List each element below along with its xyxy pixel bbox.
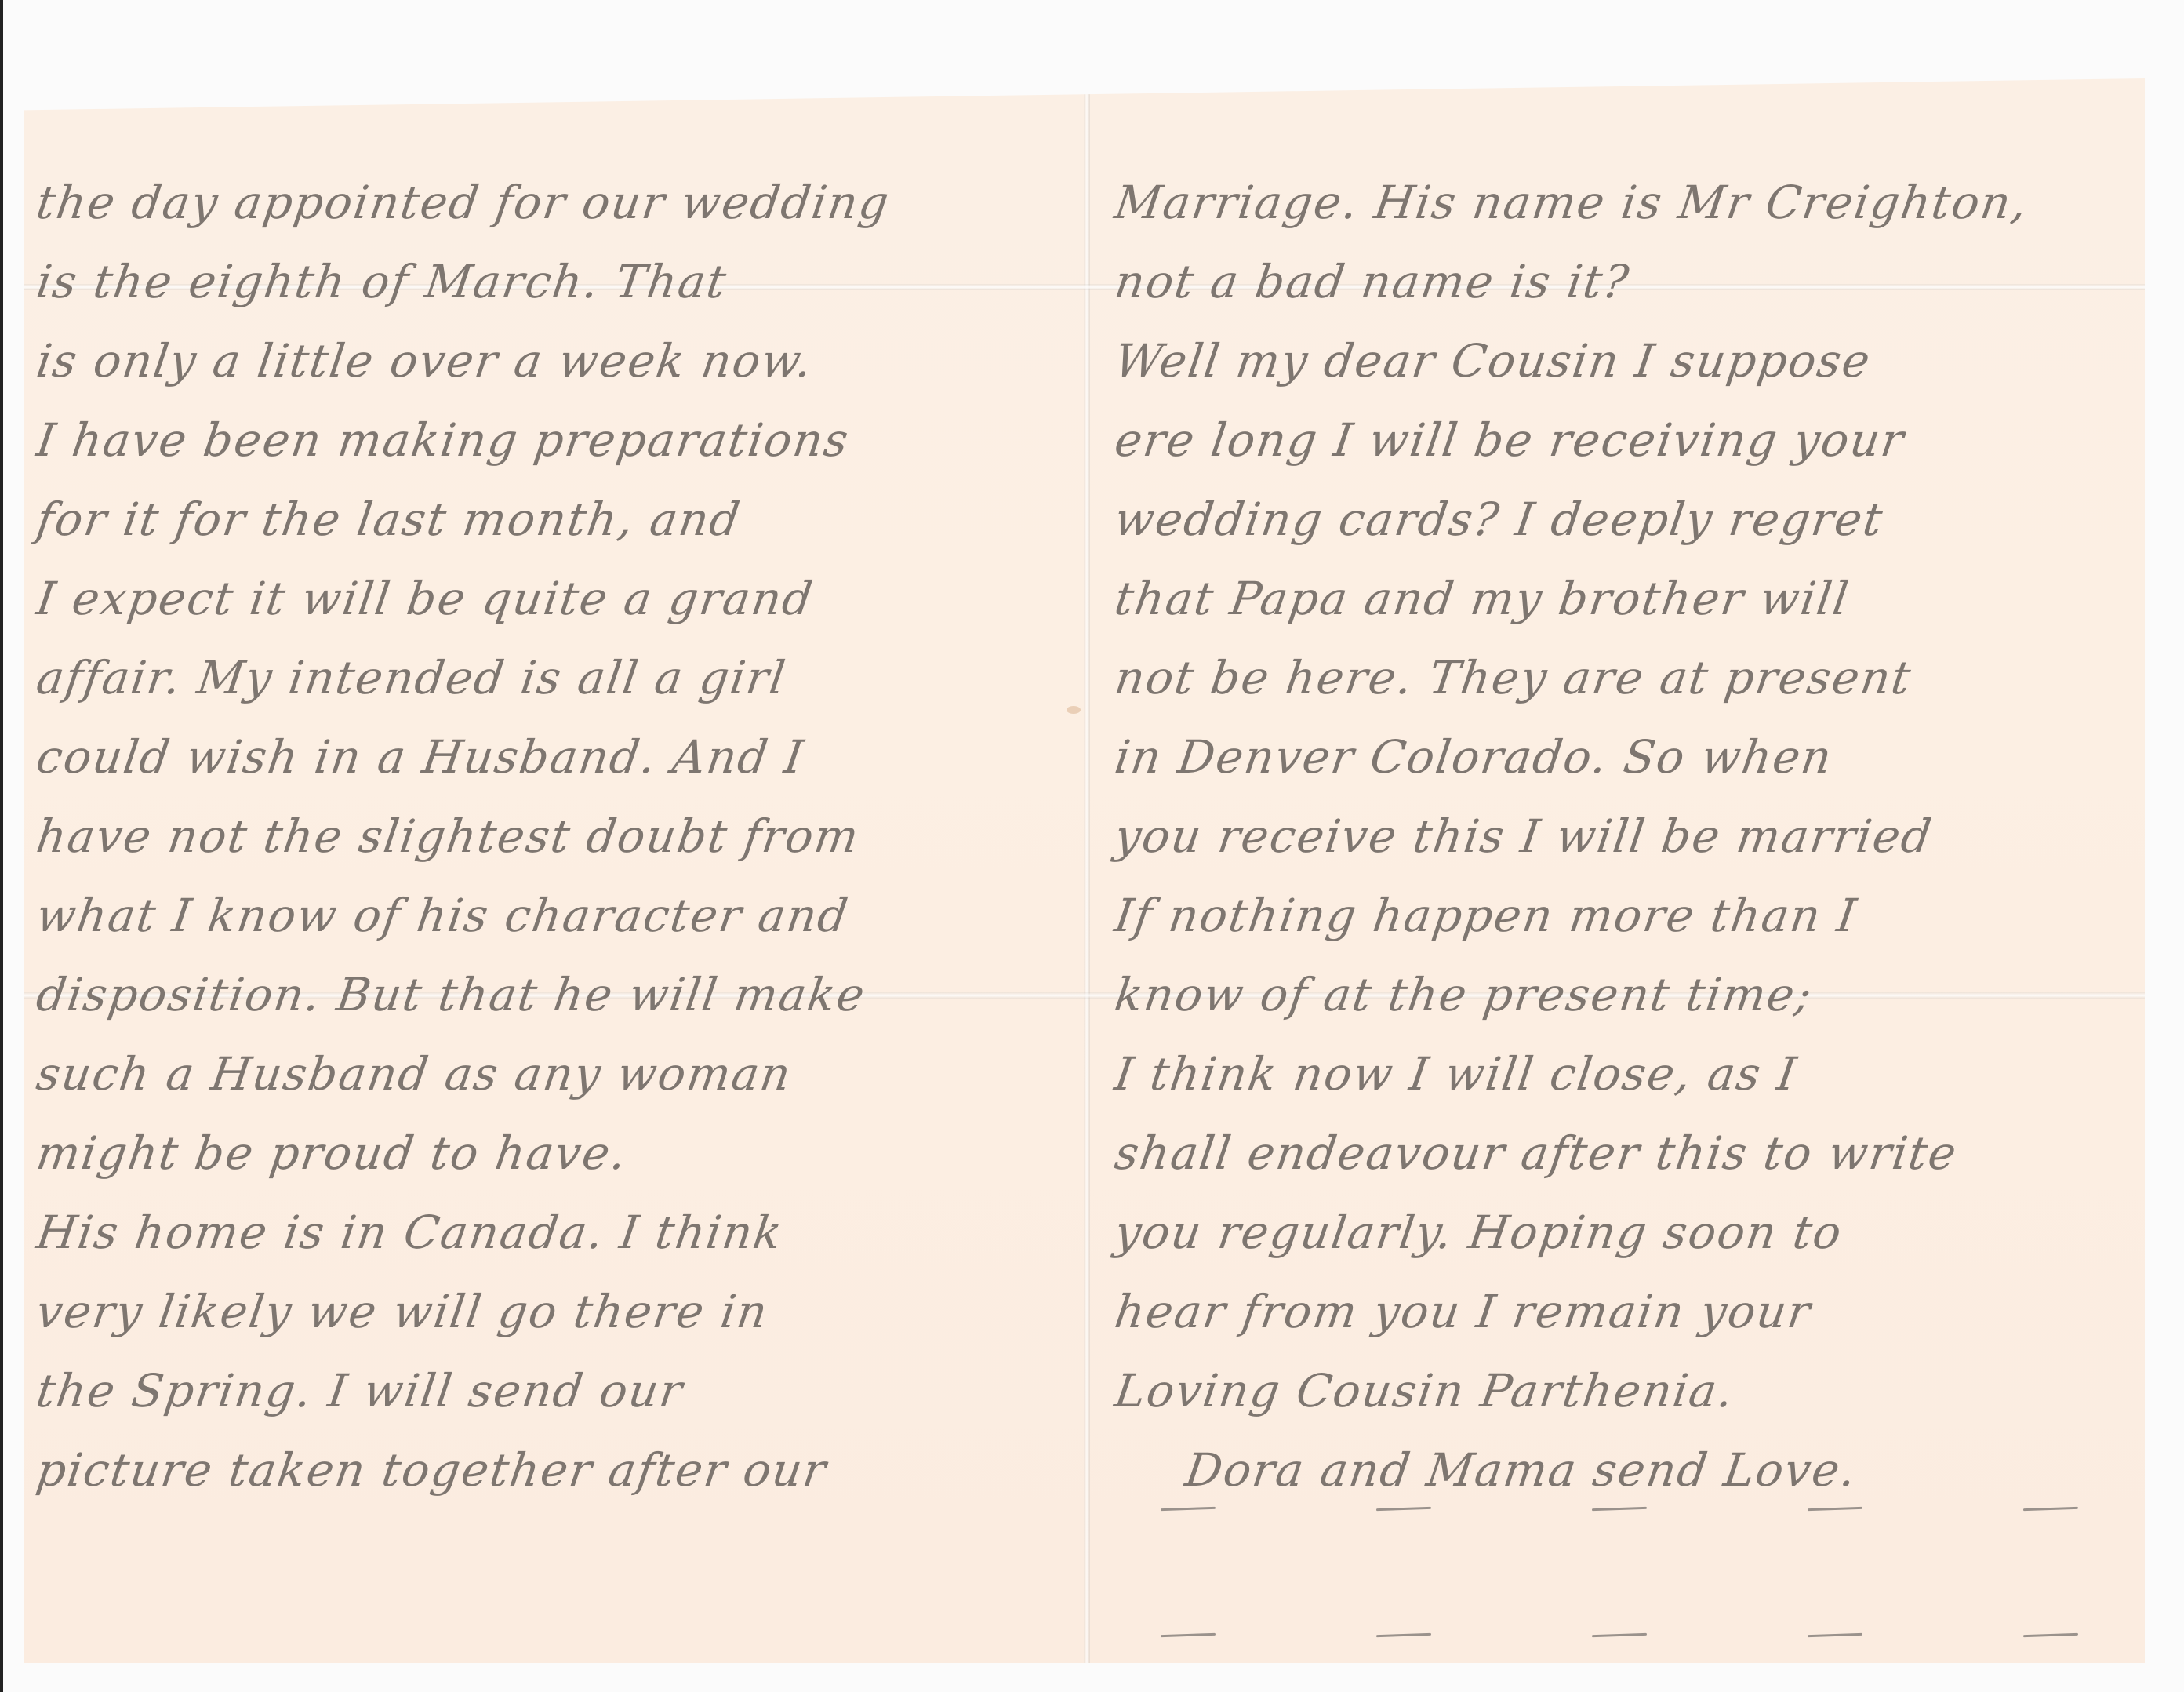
paper-stain — [1067, 706, 1081, 714]
letter-line: have not the slightest doubt from — [31, 797, 1038, 876]
flourish-dash — [1161, 1507, 1216, 1511]
left-page-text: the day appointed for our wedding is the… — [31, 163, 1027, 1510]
letter-line: ere long I will be receiving your — [1110, 401, 2117, 480]
letter-line: in Denver Colorado. So when — [1110, 718, 2117, 797]
letter-line: might be proud to have. — [31, 1114, 1038, 1193]
letter-line: is only a little over a week now. — [31, 322, 1038, 401]
letter-line: Well my dear Cousin I suppose — [1110, 322, 2117, 401]
letter-line: Marriage. His name is Mr Creighton, — [1110, 163, 2117, 242]
letter-line: you regularly. Hoping soon to — [1110, 1193, 2117, 1272]
center-fold-crease — [1084, 78, 1090, 1663]
letter-line: wedding cards? I deeply regret — [1110, 480, 2117, 559]
flourish-dash — [1592, 1633, 1647, 1637]
postscript-line: Dora and Mama send Love. — [1110, 1431, 2117, 1510]
flourish-dash — [1808, 1633, 1862, 1637]
letter-line: I think now I will close, as I — [1110, 1035, 2117, 1114]
flourish-dash — [1161, 1633, 1216, 1637]
letter-line: I have been making preparations — [31, 401, 1038, 480]
letter-line: that Papa and my brother will — [1110, 559, 2117, 639]
closing-flourish — [1161, 1634, 2078, 1639]
letter-line: the Spring. I will send our — [31, 1352, 1038, 1431]
flourish-dash — [2023, 1633, 2078, 1637]
scanner-edge — [0, 0, 3, 1692]
letter-line: I expect it will be quite a grand — [31, 559, 1038, 639]
letter-line: shall endeavour after this to write — [1110, 1114, 2117, 1193]
letter-line: very likely we will go there in — [31, 1272, 1038, 1352]
letter-line: affair. My intended is all a girl — [31, 639, 1038, 718]
letter-line: If nothing happen more than I — [1110, 876, 2117, 955]
letter-line: disposition. But that he will make — [31, 955, 1038, 1035]
flourish-dash — [2023, 1507, 2078, 1511]
signature-flourish — [1161, 1508, 2078, 1512]
letter-line: could wish in a Husband. And I — [31, 718, 1038, 797]
flourish-dash — [1592, 1507, 1647, 1511]
letter-line: you receive this I will be married — [1110, 797, 2117, 876]
letter-line: for it for the last month, and — [31, 480, 1038, 559]
signature-line: Loving Cousin Parthenia. — [1110, 1352, 2117, 1431]
flourish-dash — [1808, 1507, 1862, 1511]
letter-line: not a bad name is it? — [1110, 242, 2117, 322]
letter-line: what I know of his character and — [31, 876, 1038, 955]
letter-line: His home is in Canada. I think — [31, 1193, 1038, 1272]
flourish-dash — [1376, 1633, 1431, 1637]
letter-line: hear from you I remain your — [1110, 1272, 2117, 1352]
letter-line: such a Husband as any woman — [31, 1035, 1038, 1114]
letter-line: picture taken together after our — [31, 1431, 1038, 1510]
letter-line: know of at the present time; — [1110, 955, 2117, 1035]
right-page-text: Marriage. His name is Mr Creighton, not … — [1110, 163, 2106, 1510]
flourish-dash — [1376, 1507, 1431, 1511]
letter-line: is the eighth of March. That — [31, 242, 1038, 322]
letter-line: not be here. They are at present — [1110, 639, 2117, 718]
letter-line: the day appointed for our wedding — [31, 163, 1038, 242]
